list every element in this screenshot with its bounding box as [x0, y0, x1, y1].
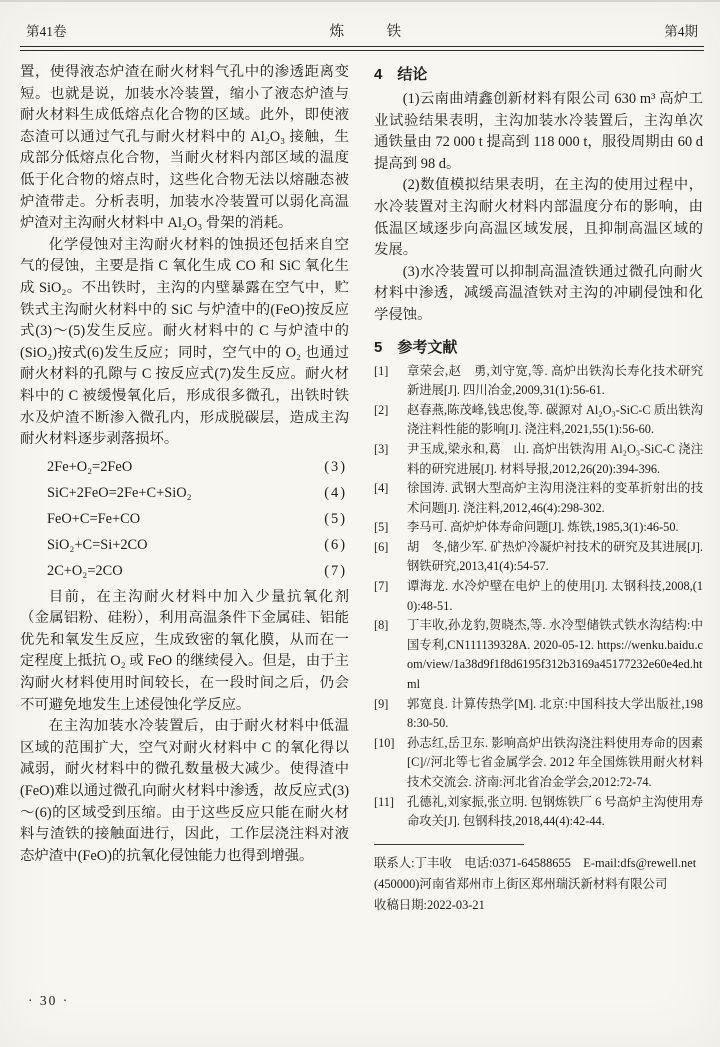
body-paragraph-chemical-erosion: 化学侵蚀对主沟耐火材料的蚀损还包括来自空气的侵蚀，主要是指 C 氧化生成 CO …	[20, 235, 349, 451]
body-paragraph-antioxidant: 目前，在主沟耐火材料中加入少量抗氧化剂（金属铝粉、硅粉），利用高温条件下金属硅、…	[20, 587, 349, 717]
reference-text: 赵春燕,陈茂峰,钱忠俊,等. 碳源对 Al₂O₃-SiC-C 质出铁沟浇注料性能…	[407, 401, 703, 440]
equation-number: (7)	[324, 558, 347, 584]
reference-label: [6]	[374, 538, 407, 577]
reference-item: [1] 章荣会,赵 勇,刘守宽,等. 高炉出铁沟长寿化技术研究新进展[J]. 四…	[374, 362, 703, 401]
reference-item: [7] 谭海龙. 水冷炉壁在电炉上的使用[J]. 太钢科技,2008,(10):…	[374, 577, 703, 616]
equation-row: FeO+C=Fe+CO (5)	[47, 506, 347, 532]
journal-page: 第41卷 炼 铁 第4期 置，使得液态炉渣在耐火材料气孔中的渗透距离变短。也就是…	[0, 0, 720, 1047]
body-paragraph-water-cooling: 在主沟加装水冷装置后，由于耐火材料中低温区域的范围扩大，空气对耐火材料中 C 的…	[20, 716, 349, 867]
equation-formula: SiO₂+C=Si+2CO	[47, 532, 148, 558]
equation-formula: FeO+C=Fe+CO	[47, 506, 140, 532]
reference-text: 孔德礼,刘家振,张立明. 包钢炼铁厂 6 号高炉主沟使用寿命攻关[J]. 包钢科…	[407, 793, 703, 832]
reference-list: [1] 章荣会,赵 勇,刘守宽,等. 高炉出铁沟长寿化技术研究新进展[J]. 四…	[374, 362, 703, 832]
volume-label: 第41卷	[26, 20, 67, 40]
equation-row: 2Fe+O₂=2FeO (3)	[47, 454, 347, 480]
reference-item: [3] 尹玉成,梁永和,葛 山. 高炉出铁沟用 Al₂O₃-SiC-C 浇注料的…	[374, 440, 703, 479]
conclusion-item: (2)数值模拟结果表明，在主沟的使用过程中，水冷装置对主沟耐火材料内部温度分布的…	[374, 175, 703, 261]
reference-item: [2] 赵春燕,陈茂峰,钱忠俊,等. 碳源对 Al₂O₃-SiC-C 质出铁沟浇…	[374, 401, 703, 440]
reference-item: [8] 丁丰收,孙龙豹,贺晓杰,等. 水冷型储铁式铁水沟结构:中国专利,CN11…	[374, 616, 703, 694]
reference-label: [9]	[374, 695, 407, 734]
reference-label: [10]	[374, 734, 407, 793]
reference-text: 章荣会,赵 勇,刘守宽,等. 高炉出铁沟长寿化技术研究新进展[J]. 四川冶金,…	[407, 362, 703, 401]
reference-item: [11] 孔德礼,刘家振,张立明. 包钢炼铁厂 6 号高炉主沟使用寿命攻关[J]…	[374, 793, 703, 832]
reference-item: [9] 郭宽良. 计算传热学[M]. 北京:中国科技大学出版社,1988:30-…	[374, 695, 703, 734]
reference-text: 胡 冬,储少军. 矿热炉冷凝炉衬技术的研究及其进展[J]. 钢铁研究,2013,…	[407, 538, 703, 577]
equation-formula: 2Fe+O₂=2FeO	[47, 454, 132, 480]
reference-item: [6] 胡 冬,储少军. 矿热炉冷凝炉衬技术的研究及其进展[J]. 钢铁研究,2…	[374, 538, 703, 577]
running-head: 第41卷 炼 铁 第4期	[20, 14, 704, 41]
reference-text: 孙志红,岳卫东. 影响高炉出铁沟浇注料使用寿命的因素[C]//河北等七省金属学会…	[407, 734, 703, 793]
contact-address-line: (450000)河南省郑州市上街区郑州瑞沃新材料有限公司	[374, 874, 703, 895]
right-column: 4 结论 (1)云南曲靖鑫创新材料有限公司 630 m³ 高炉工业试验结果表明，…	[374, 62, 703, 916]
body-paragraph-continuation: 置，使得液态炉渣在耐火材料气孔中的渗透距离变短。也就是说，加装水冷装置，缩小了液…	[20, 62, 349, 235]
reference-text: 郭宽良. 计算传热学[M]. 北京:中国科技大学出版社,1988:30-50.	[407, 695, 703, 734]
contact-person-line: 联系人:丁丰收 电话:0371-64588655 E-mail:dfs@rewe…	[374, 853, 703, 874]
page-number: · 30 ·	[28, 993, 69, 1009]
reference-label: [8]	[374, 616, 407, 694]
conclusion-item: (3)水冷装置可以抑制高温渣铁通过微孔向耐火材料中渗透，减缓高温渣铁对主沟的冲刷…	[374, 262, 703, 327]
issue-label: 第4期	[664, 20, 698, 40]
reference-text: 徐国涛. 武钢大型高炉主沟用浇注料的变革折射出的技术问题[J]. 浇注料,201…	[407, 479, 703, 518]
left-column: 置，使得液态炉渣在耐火材料气孔中的渗透距离变短。也就是说，加装水冷装置，缩小了液…	[20, 62, 349, 916]
reference-label: [2]	[374, 401, 407, 440]
equation-number: (6)	[324, 532, 347, 558]
reference-item: [10] 孙志红,岳卫东. 影响高炉出铁沟浇注料使用寿命的因素[C]//河北等七…	[374, 734, 703, 793]
equation-formula: SiC+2FeO=2Fe+C+SiO₂	[47, 480, 192, 506]
equation-number: (3)	[324, 454, 347, 480]
reference-label: [11]	[374, 793, 407, 832]
reference-label: [4]	[374, 479, 407, 518]
contact-footnote: 联系人:丁丰收 电话:0371-64588655 E-mail:dfs@rewe…	[374, 844, 703, 916]
reference-text: 丁丰收,孙龙豹,贺晓杰,等. 水冷型储铁式铁水沟结构:中国专利,CN111139…	[407, 616, 703, 694]
equation-number: (5)	[324, 506, 347, 532]
reference-item: [5] 李马可. 高炉炉体寿命问题[J]. 炼铁,1985,3(1):46-50…	[374, 518, 703, 538]
header-double-rule	[20, 46, 704, 51]
reference-label: [3]	[374, 440, 407, 479]
reference-text: 谭海龙. 水冷炉壁在电炉上的使用[J]. 太钢科技,2008,(10):48-5…	[407, 577, 703, 616]
section-heading-conclusion: 4 结论	[374, 63, 703, 84]
reference-label: [7]	[374, 577, 407, 616]
conclusion-item: (1)云南曲靖鑫创新材料有限公司 630 m³ 高炉工业试验结果表明，主沟加装水…	[374, 89, 703, 175]
reference-item: [4] 徐国涛. 武钢大型高炉主沟用浇注料的变革折射出的技术问题[J]. 浇注料…	[374, 479, 703, 518]
received-date-line: 收稿日期:2022-03-21	[374, 895, 703, 916]
journal-title: 炼 铁	[316, 20, 416, 41]
reference-label: [1]	[374, 362, 407, 401]
footnote-rule	[374, 844, 524, 845]
reference-label: [5]	[374, 518, 407, 538]
two-column-body: 置，使得液态炉渣在耐火材料气孔中的渗透距离变短。也就是说，加装水冷装置，缩小了液…	[20, 62, 704, 916]
equation-row: SiO₂+C=Si+2CO (6)	[47, 532, 347, 558]
reference-text: 尹玉成,梁永和,葛 山. 高炉出铁沟用 Al₂O₃-SiC-C 浇注料的研究进展…	[407, 440, 703, 479]
equation-block: 2Fe+O₂=2FeO (3) SiC+2FeO=2Fe+C+SiO₂ (4) …	[20, 451, 349, 587]
equation-formula: 2C+O₂=2CO	[47, 558, 123, 584]
section-heading-references: 5 参考文献	[374, 336, 703, 357]
equation-row: SiC+2FeO=2Fe+C+SiO₂ (4)	[47, 480, 347, 506]
equation-number: (4)	[324, 480, 347, 506]
reference-text: 李马可. 高炉炉体寿命问题[J]. 炼铁,1985,3(1):46-50.	[407, 518, 703, 538]
equation-row: 2C+O₂=2CO (7)	[47, 558, 347, 584]
